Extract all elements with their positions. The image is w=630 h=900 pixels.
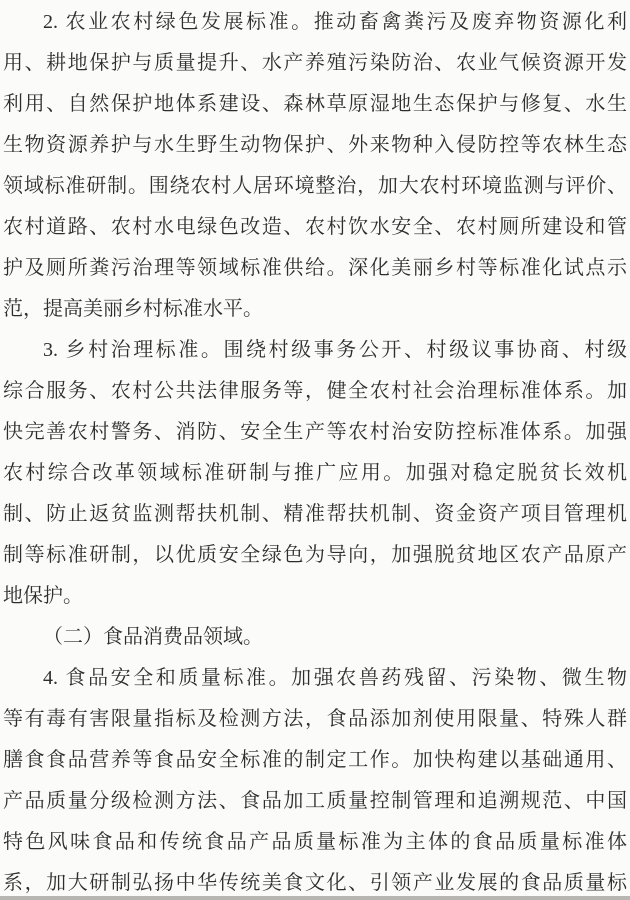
text-line: 2. 农业农村绿色发展标准。推动畜禽粪污及废弃物资源化利	[3, 2, 627, 43]
text-line: 领域标准研制。围绕农村人居环境整治，加大农村环境监测与评价、	[3, 166, 627, 207]
section-heading: （二）食品消费品领域。	[3, 617, 627, 658]
paragraph: 2. 农业农村绿色发展标准。推动畜禽粪污及废弃物资源化利用、耕地保护与质量提升、…	[3, 2, 627, 330]
text-line: 农村道路、农村水电绿色改造、农村饮水安全、农村厕所建设和管	[3, 207, 627, 248]
text-line: 3. 乡村治理标准。围绕村级事务公开、村级议事协商、村级	[3, 330, 627, 371]
text-line: （二）食品消费品领域。	[3, 617, 627, 658]
text-line: 4. 食品安全和质量标准。加强农兽药残留、污染物、微生物	[3, 658, 627, 699]
text-line: 利用、自然保护地体系建设、森林草原湿地生态保护与修复、水生	[3, 84, 627, 125]
text-line: 范，提高美丽乡村标准水平。	[3, 289, 627, 330]
paragraph: 3. 乡村治理标准。围绕村级事务公开、村级议事协商、村级综合服务、农村公共法律服…	[3, 330, 627, 617]
text-line: 生物资源养护与水生野生动物保护、外来物种入侵防控等农林生态	[3, 125, 627, 166]
document-page: 2. 农业农村绿色发展标准。推动畜禽粪污及废弃物资源化利用、耕地保护与质量提升、…	[0, 0, 630, 900]
text-line: 系，加大研制弘扬中华传统美食文化、引领产业发展的食品质量标	[3, 863, 627, 900]
text-line: 产品质量分级检测方法、食品加工质量控制管理和追溯规范、中国	[3, 781, 627, 822]
text-line: 农村综合改革领域标准研制与推广应用。加强对稳定脱贫长效机	[3, 453, 627, 494]
text-line: 用、耕地保护与质量提升、水产养殖污染防治、农业气候资源开发	[3, 43, 627, 84]
text-line: 制、防止返贫监测帮扶机制、精准帮扶机制、资金资产项目管理机	[3, 494, 627, 535]
page-bottom-edge	[0, 896, 630, 900]
text-line: 护及厕所粪污治理等领域标准供给。深化美丽乡村等标准化试点示	[3, 248, 627, 289]
document-text: 2. 农业农村绿色发展标准。推动畜禽粪污及废弃物资源化利用、耕地保护与质量提升、…	[3, 2, 627, 900]
paragraph: 4. 食品安全和质量标准。加强农兽药残留、污染物、微生物等有毒有害限量指标及检测…	[3, 658, 627, 900]
text-line: 等有毒有害限量指标及检测方法，食品添加剂使用限量、特殊人群	[3, 699, 627, 740]
text-line: 快完善农村警务、消防、安全生产等农村治安防控标准体系。加强	[3, 412, 627, 453]
text-line: 膳食食品营养等食品安全标准的制定工作。加快构建以基础通用、	[3, 740, 627, 781]
text-line: 特色风味食品和传统食品产品质量标准为主体的食品质量标准体	[3, 822, 627, 863]
text-line: 制等标准研制，以优质安全绿色为导向，加强脱贫地区农产品原产	[3, 535, 627, 576]
text-line: 综合服务、农村公共法律服务等，健全农村社会治理标准体系。加	[3, 371, 627, 412]
text-line: 地保护。	[3, 576, 627, 617]
